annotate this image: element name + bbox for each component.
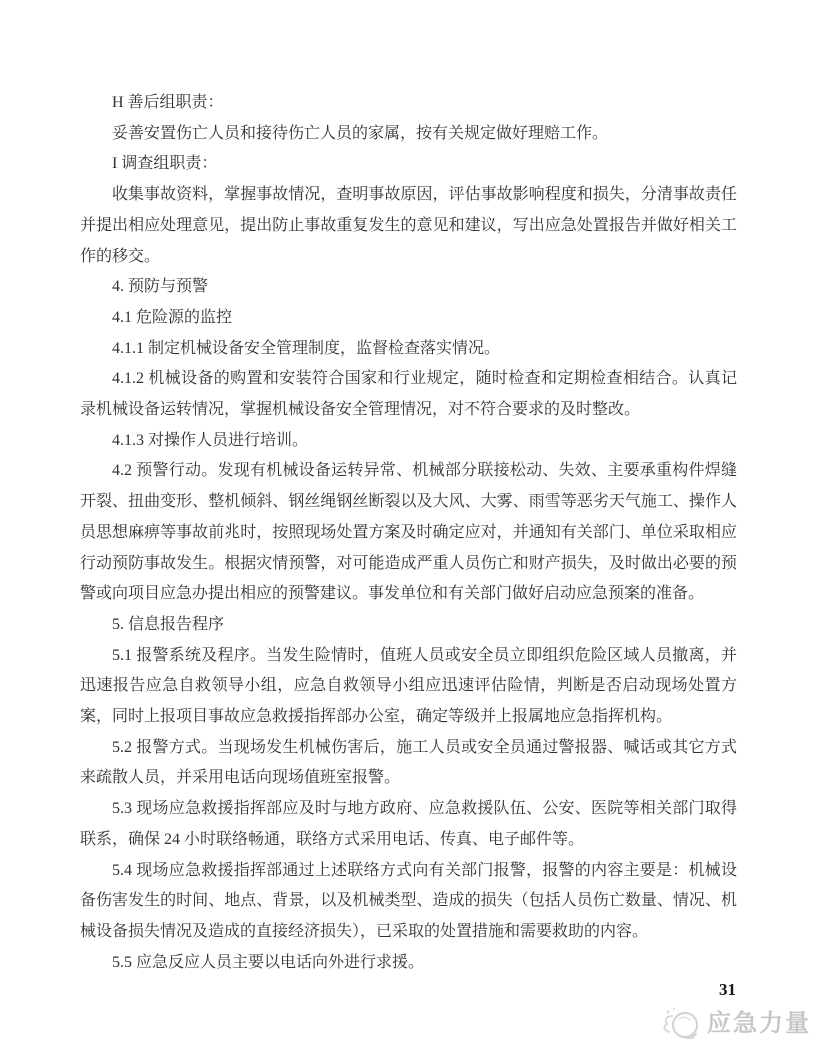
document-body: H 善后组职责：妥善安置伤亡人员和接待伤亡人员的家属，按有关规定做好理赔工作。I…	[80, 88, 737, 978]
paragraph: 4. 预防与预警	[80, 272, 737, 303]
watermark-logo: 应急力量	[660, 1003, 811, 1045]
paragraph: 收集事故资料，掌握事故情况，查明事故原因，评估事故影响程度和损失，分清事故责任并…	[80, 180, 737, 272]
emergency-power-logo-icon	[660, 1003, 702, 1045]
document-page: H 善后组职责：妥善安置伤亡人员和接待伤亡人员的家属，按有关规定做好理赔工作。I…	[0, 0, 816, 1056]
paragraph: 4.1.1 制定机械设备安全管理制度，监督检查落实情况。	[80, 334, 737, 365]
paragraph: 4.1 危险源的监控	[80, 303, 737, 334]
watermark-text: 应急力量	[707, 1003, 811, 1045]
paragraph: 5.5 应急反应人员主要以电话向外进行求援。	[80, 948, 737, 979]
paragraph: 5.3 现场应急救援指挥部应及时与地方政府、应急救援队伍、公安、医院等相关部门取…	[80, 794, 737, 855]
paragraph: 4.1.3 对操作人员进行培训。	[80, 426, 737, 457]
paragraph: 妥善安置伤亡人员和接待伤亡人员的家属，按有关规定做好理赔工作。	[80, 119, 737, 150]
page-number: 31	[719, 980, 736, 1000]
paragraph: 5.1 报警系统及程序。当发生险情时，值班人员或安全员立即组织危险区域人员撤离，…	[80, 641, 737, 733]
paragraph: H 善后组职责：	[80, 88, 737, 119]
paragraph: 4.1.2 机械设备的购置和安装符合国家和行业规定，随时检查和定期检查相结合。认…	[80, 364, 737, 425]
paragraph: 5.4 现场应急救援指挥部通过上述联络方式向有关部门报警，报警的内容主要是：机械…	[80, 856, 737, 948]
paragraph: 4.2 预警行动。发现有机械设备运转异常、机械部分联接松动、失效、主要承重构件焊…	[80, 456, 737, 610]
paragraph: 5. 信息报告程序	[80, 610, 737, 641]
paragraph: I 调查组职责：	[80, 149, 737, 180]
paragraph: 5.2 报警方式。当现场发生机械伤害后，施工人员或安全员通过警报器、喊话或其它方…	[80, 733, 737, 794]
